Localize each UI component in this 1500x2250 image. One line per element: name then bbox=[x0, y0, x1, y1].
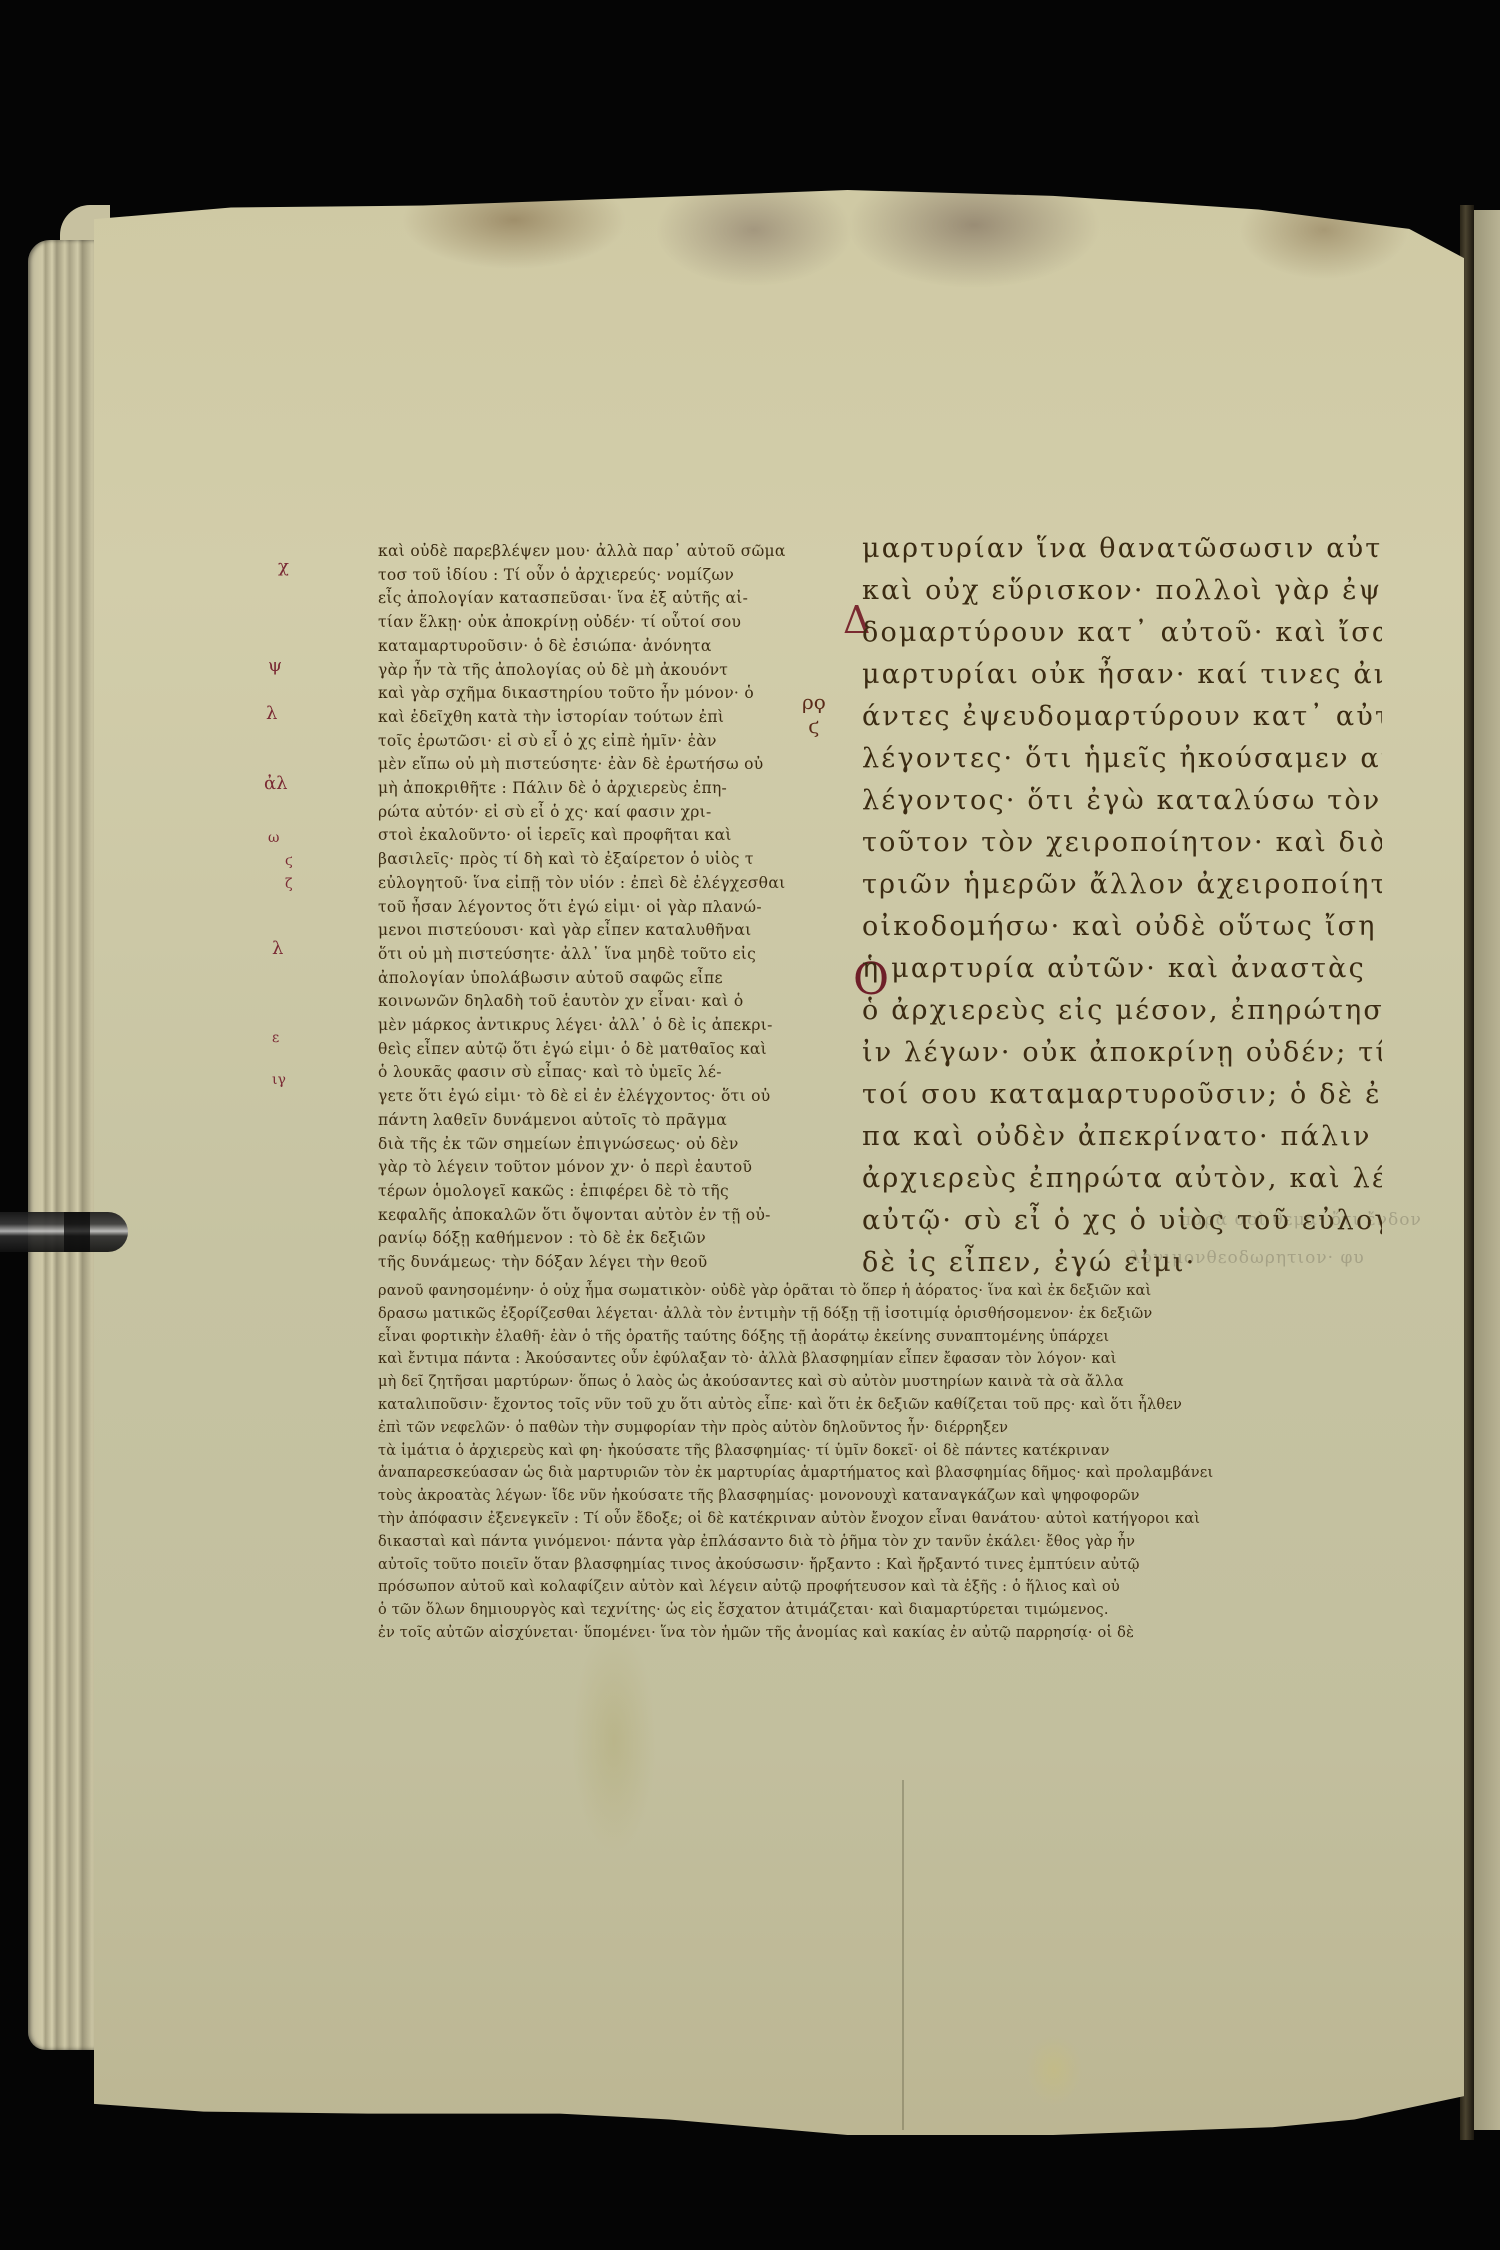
text-line: ἀναπαρεσκεύασαν ὡς διὰ μαρτυριῶν τὸν ἐκ … bbox=[378, 1462, 1388, 1485]
text-line: ἐν τοῖς αὐτῶν αἰσχύνεται· ὕπομένει· ἵνα … bbox=[378, 1622, 1388, 1645]
text-line: δομαρτύρουν κατ᾽ αὐτοῦ· καὶ ἴσαι αἱ bbox=[862, 612, 1382, 654]
text-line: μενοι πιστεύουσι· καὶ γὰρ εἶπεν καταλυθῆ… bbox=[378, 919, 788, 943]
text-line: μὴ δεῖ ζητῆσαι μαρτύρων· ὅπως ὁ λαὸς ὡς … bbox=[378, 1371, 1388, 1394]
text-line: ἀρχιερεὺς ἐπηρώτα αὐτὸν, καὶ λέγει bbox=[862, 1158, 1382, 1200]
margin-note: ιγ bbox=[272, 1072, 286, 1088]
text-line: καὶ οὐδὲ παρεβλέψεν μου· ἀλλὰ παρ᾽ αὐτοῦ… bbox=[378, 540, 788, 564]
text-line: τοῖς ἐρωτῶσι· εἰ σὺ εἶ ὁ χς εἰπὲ ἡμῖν· ἐ… bbox=[378, 730, 788, 754]
margin-note: ϛ bbox=[285, 853, 293, 869]
facing-page-edge bbox=[1474, 210, 1500, 2130]
text-line: γὰρ τὸ λέγειν τοῦτον μόνον χν· ὁ περὶ ἑα… bbox=[378, 1156, 788, 1180]
text-line: τέρων ὁμολογεῖ κακῶς : ἐπιφέρει δὲ τὸ τῆ… bbox=[378, 1180, 788, 1204]
text-line: ρανίῳ δόξῃ καθήμενον : τὸ δὲ ἐκ δεξιῶν bbox=[378, 1227, 788, 1251]
text-line: καὶ οὐχ εὕρισκον· πολλοὶ γὰρ ἐψευ- bbox=[862, 570, 1382, 612]
left-commentary-column: καὶ οὐδὲ παρεβλέψεν μου· ἀλλὰ παρ᾽ αὐτοῦ… bbox=[378, 540, 788, 1275]
margin-note: χ bbox=[278, 556, 289, 577]
text-line: βασιλεῖς· πρὸς τί δὴ καὶ τὸ ἐξαίρετον ὁ … bbox=[378, 848, 788, 872]
text-line: μὲν μάρκος ἀντικρυς λέγει· ἀλλ᾽ ὁ δὲ ἰς … bbox=[378, 1014, 788, 1038]
text-line: τίαν ἕλκῃ· οὐκ ἀποκρίνῃ οὐδέν· τί οὗτοί … bbox=[378, 611, 788, 635]
text-line: θεὶς εἶπεν αὐτῷ ὅτι ἐγώ εἰμι· ὁ δὲ ματθα… bbox=[378, 1038, 788, 1062]
text-line: εἶναι φορτικὴν ἐλαθῆ· ἐὰν ὁ τῆς ὁρατῆς τ… bbox=[378, 1326, 1388, 1349]
text-line: οἰκοδομήσω· καὶ οὐδὲ οὕτως ἴση ἦν bbox=[862, 906, 1382, 948]
text-line: γὰρ ἦν τὰ τῆς ἀπολογίας οὐ δὲ μὴ ἀκουόντ bbox=[378, 659, 788, 683]
text-line: λέγοντες· ὅτι ἡμεῖς ἠκούσαμεν αὐτοῦ bbox=[862, 738, 1382, 780]
right-main-text-column: μαρτυρίαν ἵνα θανατῶσωσιν αὐτὸν, καὶ οὐχ… bbox=[862, 528, 1382, 1284]
text-line: αὐτῷ· σὺ εἶ ὁ χς ὁ υἱὸς τοῦ εὐλογητοῦ· ὁ bbox=[862, 1200, 1382, 1242]
text-line: τοί σου καταμαρτυροῦσιν; ὁ δὲ ἐσιώ- bbox=[862, 1074, 1382, 1116]
text-line: καταμαρτυροῦσιν· ὁ δὲ ἐσιώπα· ἀνόνητα bbox=[378, 635, 788, 659]
margin-note: ἀλ bbox=[264, 773, 288, 794]
bottom-commentary-block: ρανοῦ φανησομένην· ὁ οὐχ ἧμα σωματικὸν· … bbox=[378, 1280, 1388, 1645]
text-line: πρόσωπον αὐτοῦ καὶ κολαφίζειν αὐτὸν καὶ … bbox=[378, 1576, 1388, 1599]
text-line: εἶς ἀπολογίαν κατασπεῦσαι· ἵνα ἐξ αὐτῆς … bbox=[378, 587, 788, 611]
section-number-top: ρϙ bbox=[802, 690, 826, 714]
text-line: τοῦτον τὸν χειροποίητον· καὶ διὰ bbox=[862, 822, 1382, 864]
text-line: άντες ἐψευδομαρτύρουν κατ᾽ αὐτοῦ bbox=[862, 696, 1382, 738]
text-line: δρασω ματικῶς ἐξορίζεσθαι λέγεται· ἀλλὰ … bbox=[378, 1303, 1388, 1326]
margin-note: λ bbox=[272, 938, 283, 959]
text-line: τῆς δυνάμεως· τὴν δόξαν λέγει τὴν θεοῦ bbox=[378, 1251, 788, 1275]
text-line: κοινωνῶν δηλαδὴ τοῦ ἑαυτὸν χν εἶναι· καὶ… bbox=[378, 990, 788, 1014]
text-line: κεφαλῆς ἀποκαλῶν ὅτι ὄψονται αὐτὸν ἐν τῇ… bbox=[378, 1204, 788, 1228]
text-line: μὲν εἴπω οὐ μὴ πιστεύσητε· ἐὰν δὲ ἐρωτήσ… bbox=[378, 753, 788, 777]
crease-line bbox=[902, 1780, 904, 2130]
margin-note: ε bbox=[272, 1030, 279, 1046]
text-line: δικασταὶ καὶ πάντα γινόμενοι· πάντα γὰρ … bbox=[378, 1531, 1388, 1554]
text-line: καὶ γὰρ σχῆμα δικαστηρίου τοῦτο ἦν μόνον… bbox=[378, 682, 788, 706]
text-line: καταλιποῦσιν· ἔχοντος τοῖς νῦν τοῦ χυ ὅτ… bbox=[378, 1394, 1388, 1417]
text-line: ρώτα αὐτόν· εἰ σὺ εἶ ὁ χς· καί φασιν χρι… bbox=[378, 801, 788, 825]
text-line: τὰ ἱμάτια ὁ ἀρχιερεὺς καὶ φη· ἠκούσατε τ… bbox=[378, 1440, 1388, 1463]
text-line: καὶ ἐδεῖχθη κατὰ τὴν ἱστορίαν τούτων ἐπὶ bbox=[378, 706, 788, 730]
text-line: ὁ ἀρχιερεὺς εἰς μέσον, ἐπηρώτησε τὸν bbox=[862, 990, 1382, 1032]
margin-note: ζ bbox=[285, 876, 293, 892]
text-line: τοῦ ἦσαν λέγοντος ὅτι ἐγώ εἰμι· οἱ γὰρ π… bbox=[378, 896, 788, 920]
text-line: διὰ τῆς ἐκ τῶν σημείων ἐπιγνώσεως· οὐ δὲ… bbox=[378, 1133, 788, 1157]
text-line: δὲ ἰς εἶπεν, ἐγώ εἰμι· bbox=[862, 1242, 1382, 1284]
text-line: πα καὶ οὐδὲν ἀπεκρίνατο· πάλιν ὁ bbox=[862, 1116, 1382, 1158]
section-number: ρϙ ϛ bbox=[802, 690, 826, 738]
text-line: αὐτοῖς τοῦτο ποιεῖν ὅταν βλασφημίας τινο… bbox=[378, 1554, 1388, 1577]
text-line: τριῶν ἡμερῶν ἄλλον ἀχειροποίητον bbox=[862, 864, 1382, 906]
manuscript-photo: παρὰ σοὶ θεμα· ὅτι ἔνδον λογιμονθεοδωρητ… bbox=[0, 0, 1500, 2250]
text-line: τὴν ἀπόφασιν ἐξενεγκεῖν : Τί οὖν ἔδοξε; … bbox=[378, 1508, 1388, 1531]
text-line: μαρτυρίαι οὐκ ἦσαν· καί τινες ἀναστ- bbox=[862, 654, 1382, 696]
margin-note: λ bbox=[266, 703, 277, 724]
text-line: τοσ τοῦ ἰδίου : Τί οὖν ὁ ἀρχιερεύς· νομί… bbox=[378, 564, 788, 588]
text-line: μαρτυρίαν ἵνα θανατῶσωσιν αὐτὸν, bbox=[862, 528, 1382, 570]
section-number-bottom: ϛ bbox=[802, 714, 826, 738]
text-line: καὶ ἔντιμα πάντα : Ἀκούσαντες οὖν ἐφύλαξ… bbox=[378, 1348, 1388, 1371]
text-line: ἐπὶ τῶν νεφελῶν· ὁ παθὼν τὴν συμφορίαν τ… bbox=[378, 1417, 1388, 1440]
text-line: μὴ ἀποκριθῆτε : Πάλιν δὲ ὁ ἀρχιερεὺς ἐπη… bbox=[378, 777, 788, 801]
text-line: εὐλογητοῦ· ἵνα εἰπῇ τὸν υἱόν : ἐπεὶ δὲ ἐ… bbox=[378, 872, 788, 896]
margin-note: ω bbox=[268, 830, 279, 846]
text-line: ἰν λέγων· οὐκ ἀποκρίνῃ οὐδέν; τί οὗ- bbox=[862, 1032, 1382, 1074]
text-line: λέγοντος· ὅτι ἐγὼ καταλύσω τὸν ναὸν bbox=[862, 780, 1382, 822]
margin-note: ψ bbox=[268, 655, 282, 676]
text-line: ὁ λουκᾶς φασιν σὺ εἶπας· καὶ τὸ ὑμεῖς λέ… bbox=[378, 1061, 788, 1085]
text-line: ἡ μαρτυρία αὐτῶν· καὶ ἀναστὰς bbox=[862, 948, 1382, 990]
text-line: ἀπολογίαν ὑπολάβωσιν αὐτοῦ σαφῶς εἶπε bbox=[378, 967, 788, 991]
text-line: πάντη λαθεῖν δυνάμενοι αὐτοῖς τὸ πρᾶγμα bbox=[378, 1109, 788, 1133]
text-line: τοὺς ἀκροατὰς λέγων· ἴδε νῦν ἠκούσατε τῆ… bbox=[378, 1485, 1388, 1508]
text-line: ὁ τῶν ὅλων δημιουργὸς καὶ τεχνίτης· ὡς ε… bbox=[378, 1599, 1388, 1622]
clip-band bbox=[64, 1212, 90, 1252]
text-line: ὅτι οὐ μὴ πιστεύσητε· ἀλλ᾽ ἵνα μηδὲ τοῦτ… bbox=[378, 943, 788, 967]
text-line: ρανοῦ φανησομένην· ὁ οὐχ ἧμα σωματικὸν· … bbox=[378, 1280, 1388, 1303]
text-line: στοὶ ἐκαλοῦντο· οἱ ἱερεῖς καὶ προφῆται κ… bbox=[378, 824, 788, 848]
text-line: γετε ὅτι ἐγώ εἰμι· τὸ δὲ εἰ ἐν ἐλέγχοντο… bbox=[378, 1085, 788, 1109]
